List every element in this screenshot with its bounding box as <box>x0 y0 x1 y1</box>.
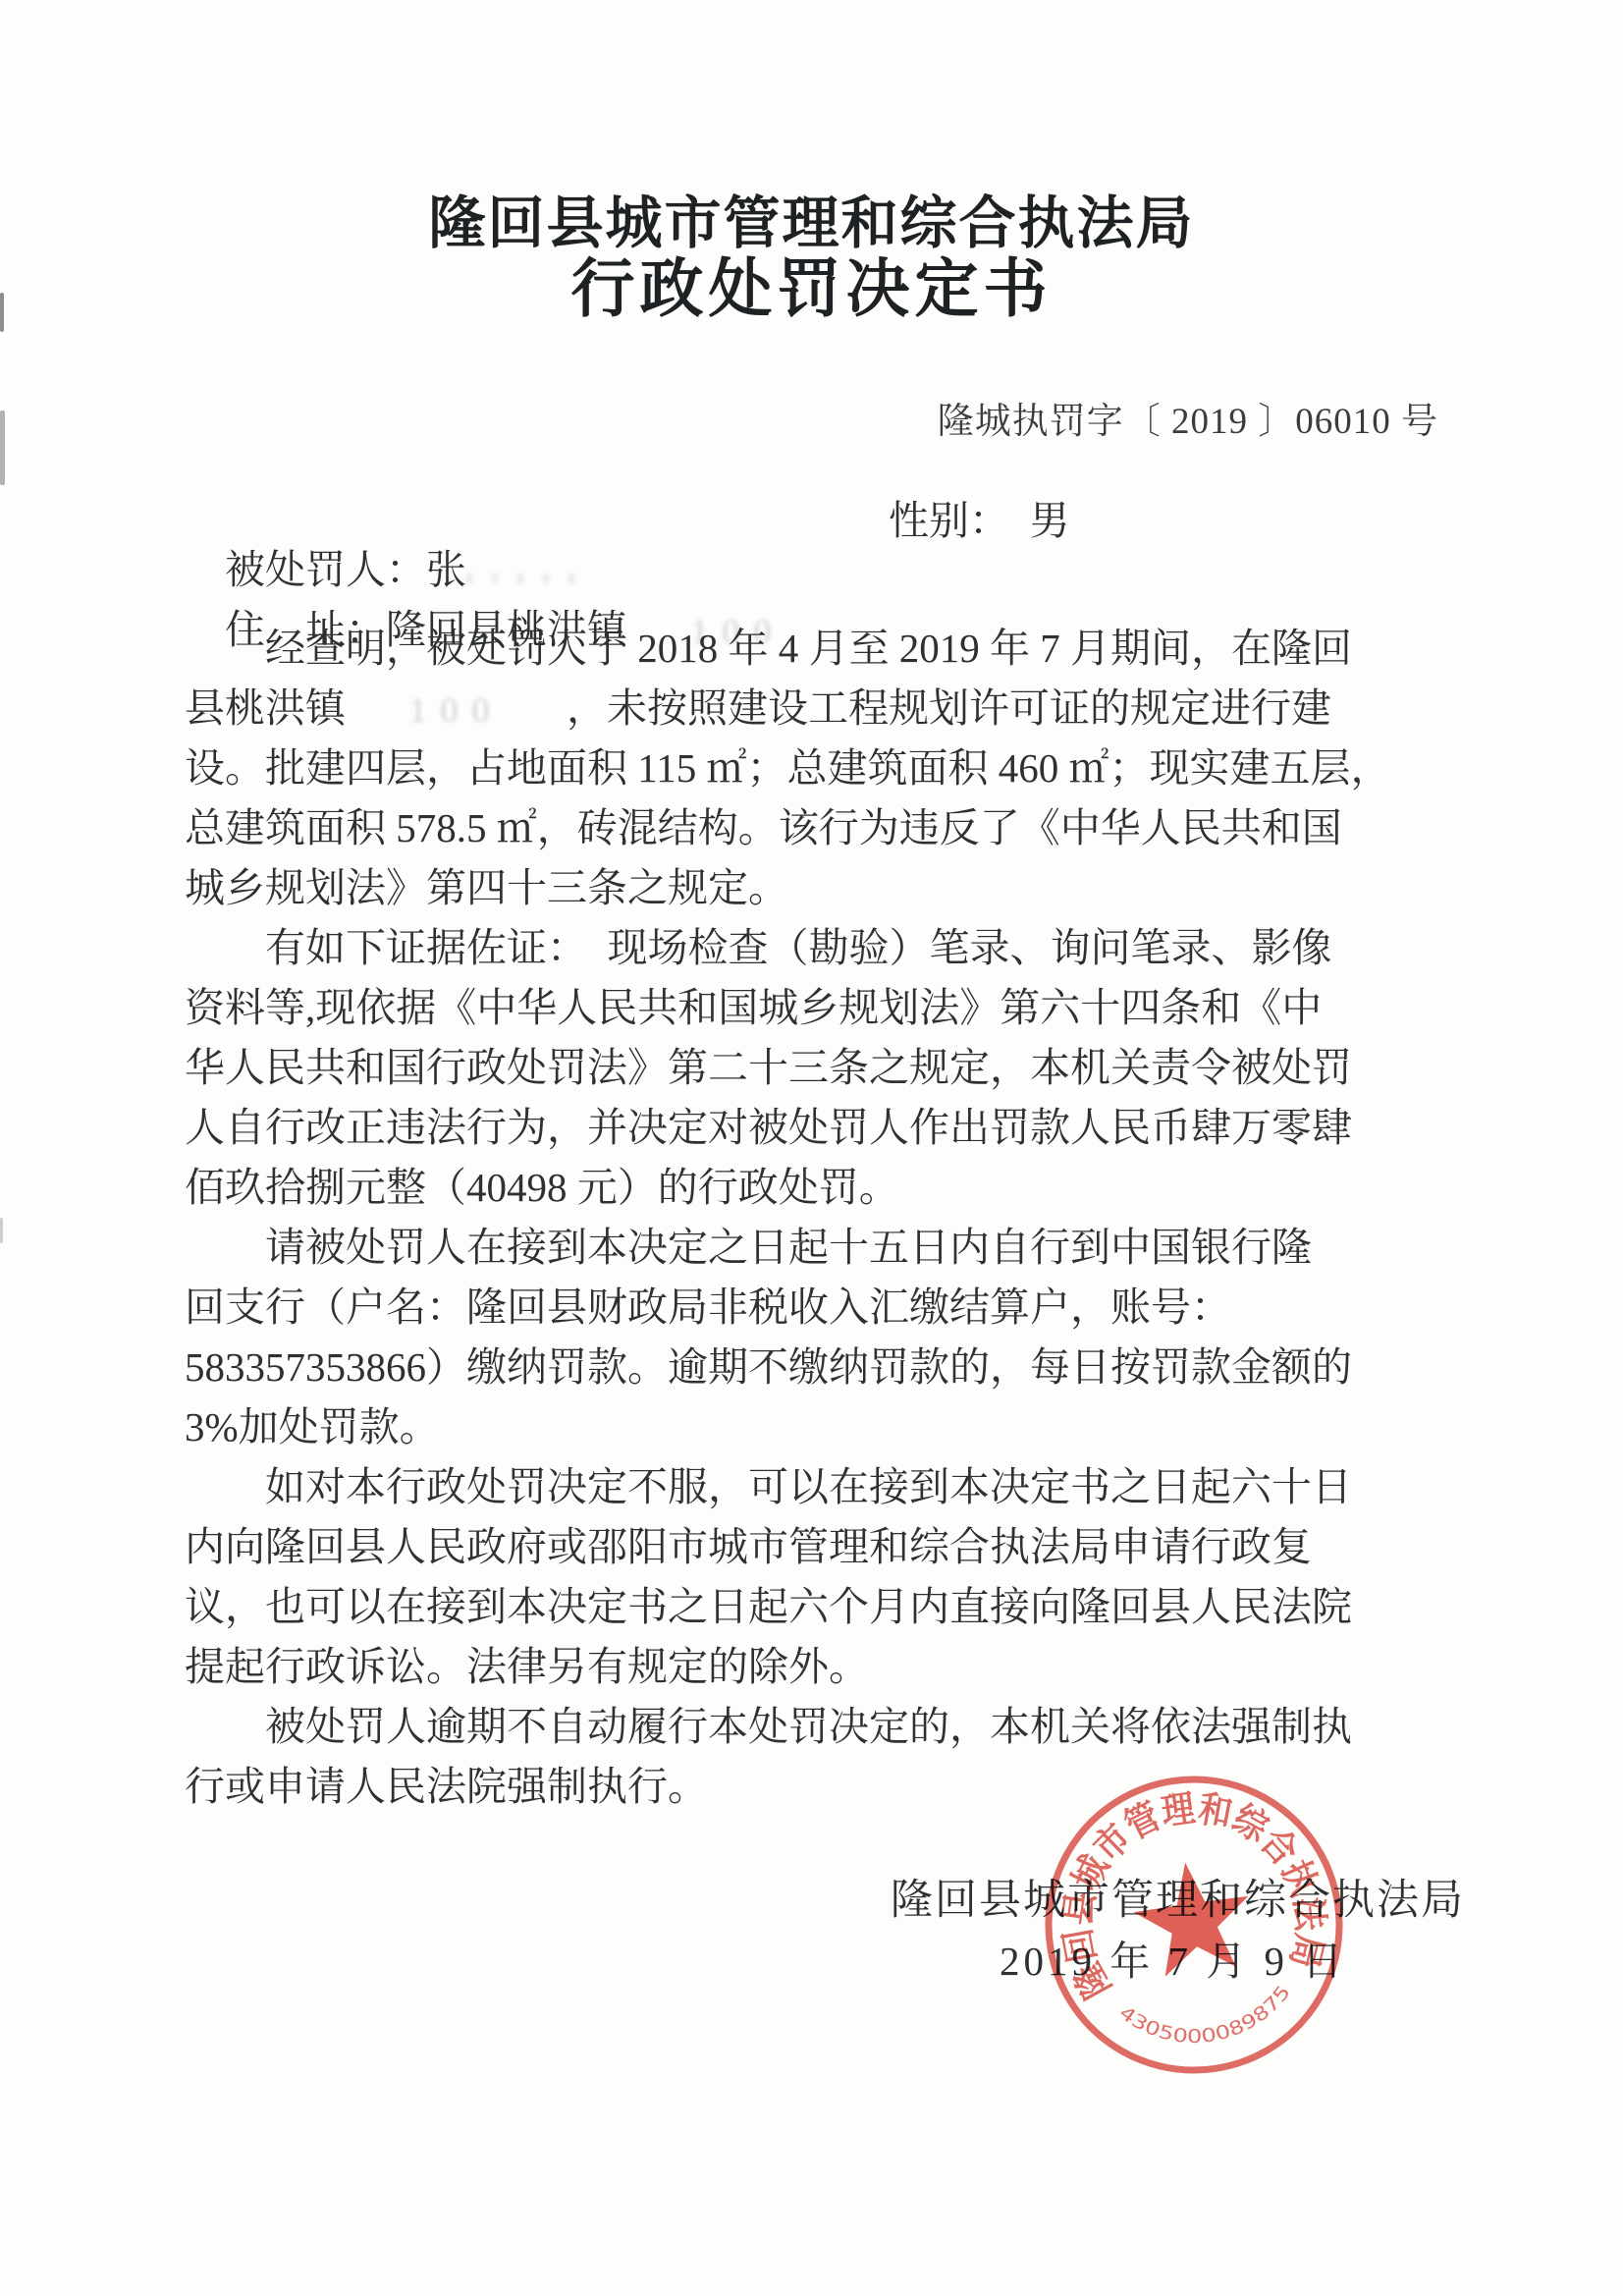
document-number: 隆城执罚字〔 2019 〕06010 号 <box>938 391 1438 444</box>
address-redaction: 100 <box>346 681 567 740</box>
body-line: 内向隆回县人民政府或邵阳市城市管理和综合执法局申请行政复 <box>185 1517 1441 1577</box>
body-line: 回支行（户名：隆回县财政局非税收入汇缴结算户，账号： <box>185 1278 1441 1338</box>
body-line: 总建筑面积 578.5 ㎡，砖混结构。该行为违反了《中华人民共和国 <box>185 798 1441 858</box>
seal-star-icon <box>1128 1854 1258 1980</box>
body-line-pre: 县桃洪镇 <box>185 685 346 731</box>
body-line: 提起行政诉讼。法律另有规定的除外。 <box>185 1637 1441 1697</box>
body-line: 资料等,现依据《中华人民共和国城乡规划法》第六十四条和《中 <box>185 978 1441 1038</box>
body-line: 设。批建四层，占地面积 115 ㎡；总建筑面积 460 ㎡；现实建五层， <box>185 738 1441 798</box>
body-line: 经查明，被处罚人于 2018 年 4 月至 2019 年 7 月期间，在隆回 <box>185 619 1441 679</box>
scanned-document-page: 隆回县城市管理和综合执法局 行政处罚决定书 隆城执罚字〔 2019 〕06010… <box>0 0 1623 2296</box>
document-title: 行政处罚决定书 <box>0 255 1623 326</box>
scan-artifact <box>0 1218 3 1243</box>
body-line: 3%加处罚款。 <box>185 1397 1441 1457</box>
body-line: 如对本行政处罚决定不服，可以在接到本决定书之日起六十日 <box>185 1457 1441 1517</box>
body-line: 583357353866）缴纳罚款。逾期不缴纳罚款的，每日按罚款金额的 <box>185 1338 1441 1397</box>
agency-title: 隆回县城市管理和综合执法局 <box>0 192 1623 255</box>
official-seal: 隆回县城市管理和综合执法局 4305000089875 <box>1016 1747 1371 2102</box>
body-line: 被处罚人逾期不自动履行本处罚决定的，本机关将依法强制执 <box>185 1697 1441 1757</box>
body-line: 人自行改正违法行为，并决定对被处罚人作出罚款人民币肆万零肆 <box>185 1098 1441 1158</box>
body-line: 华人民共和国行政处罚法》第二十三条之规定，本机关责令被处罚 <box>185 1038 1441 1098</box>
body-line: 城乡规划法》第四十三条之规定。 <box>185 858 1441 918</box>
body-line: 有如下证据佐证： 现场检查（勘验）笔录、询问笔录、影像 <box>185 918 1441 978</box>
body-line: 佰玖拾捌元整（40498 元）的行政处罚。 <box>185 1158 1441 1218</box>
scan-artifact <box>0 410 5 485</box>
body-line: 县桃洪镇100，未按照建设工程规划许可证的规定进行建 <box>185 679 1441 738</box>
recipient-gender: 性别： 男 <box>889 496 1070 545</box>
body-line-post: ，未按照建设工程规划许可证的规定进行建 <box>567 685 1331 731</box>
body-line: 请被处罚人在接到本决定之日起十五日内自行到中国银行隆 <box>185 1218 1441 1278</box>
body-text: 经查明，被处罚人于 2018 年 4 月至 2019 年 7 月期间，在隆回 县… <box>185 619 1441 1817</box>
body-line: 议，也可以在接到本决定书之日起六个月内直接向隆回县人民法院 <box>185 1577 1441 1637</box>
official-seal-graphic: 隆回县城市管理和综合执法局 4305000089875 <box>1016 1747 1371 2102</box>
